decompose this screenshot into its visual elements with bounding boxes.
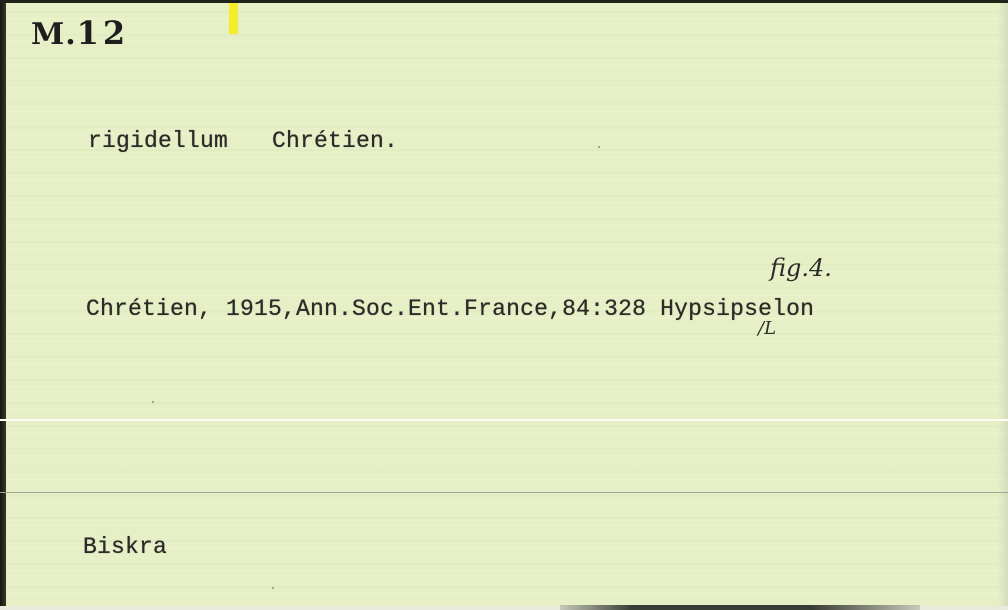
- taxon-author: Chrétien.: [272, 128, 398, 154]
- handwritten-mark: /L: [758, 318, 776, 339]
- card-number-prefix: M.: [31, 17, 77, 52]
- paper-speck: [598, 146, 600, 148]
- yellow-tab-marker: [229, 3, 238, 34]
- card-number-value: 12: [77, 14, 130, 52]
- citation-line: Chrétien, 1915,Ann.Soc.Ent.France,84:328…: [86, 296, 814, 322]
- paper-speck: [152, 401, 154, 403]
- card-number: M.12: [31, 14, 129, 52]
- card-rule-dark: [0, 492, 1008, 493]
- card-rule-light: [0, 419, 1008, 421]
- card-right-fade: [998, 3, 1008, 606]
- taxon-line: rigidellumChrétien.: [88, 128, 398, 154]
- handwritten-figure-note: fig.4.: [770, 254, 832, 282]
- locality: Biskra: [83, 534, 167, 560]
- taxon-name: rigidellum: [88, 128, 228, 154]
- paper-speck: [272, 587, 274, 589]
- citation-genus: Hypsipselon: [660, 296, 814, 322]
- card-bottom-shadow: [560, 605, 920, 610]
- citation-reference: Chrétien, 1915,Ann.Soc.Ent.France,84:328: [86, 296, 646, 322]
